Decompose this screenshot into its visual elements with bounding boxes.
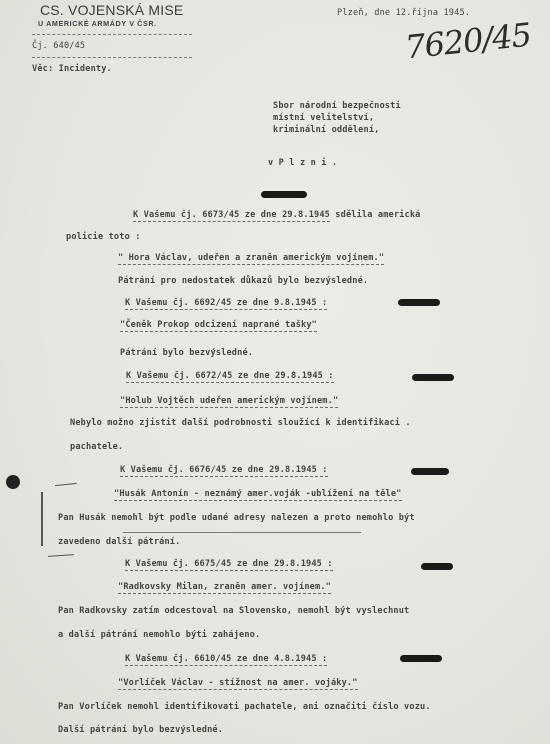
case-ref: K Vašemu čj. 6692/45 ze dne 9.8.1945 :	[125, 298, 327, 310]
case-ref: K Vašemu čj. 6672/45 ze dne 29.8.1945 :	[126, 371, 334, 383]
margin-bracket-line	[41, 492, 43, 546]
case-result: Nebylo možno zjistit další podrobnosti s…	[70, 418, 411, 428]
recipient-line: místní velitelství,	[273, 113, 374, 123]
intro-rest: sdělila americká	[330, 210, 421, 220]
redaction	[421, 563, 453, 570]
case-ref: K Vašemu čj. 6675/45 ze dne 29.8.1945 :	[125, 559, 333, 571]
redaction	[398, 299, 440, 306]
redaction	[412, 374, 454, 381]
case-ref: K Vašemu čj. 6610/45 ze dne 4.8.1945 :	[125, 654, 327, 666]
recipient-city: v P l z n i .	[268, 158, 337, 168]
punch-hole	[6, 475, 20, 489]
case-title: "Husák Antonín - neznámý amer.voják -ubl…	[114, 489, 402, 501]
case-result: a další pátrání nemohlo býti zahájeno.	[58, 630, 260, 640]
divider	[32, 57, 192, 58]
case-title: "Radkovsky Milan, zraněn amer. vojínem."	[118, 582, 331, 594]
case-result: Další pátrání bylo bezvýsledné.	[58, 725, 223, 735]
case-title: " Hora Václav, udeřen a zraněn americkým…	[118, 253, 384, 265]
redaction	[411, 468, 449, 475]
subject-line: Věc: Incidenty.	[32, 64, 112, 74]
case-result: Pan Vorlíček nemohl identifikovati pacha…	[58, 702, 431, 712]
intro-line-2: policie toto :	[66, 232, 141, 242]
pencil-underline	[123, 532, 361, 533]
divider	[32, 34, 192, 35]
redaction	[261, 191, 307, 198]
case-result: zavedeno další pátrání.	[58, 537, 180, 547]
redaction	[400, 655, 442, 662]
intro-line: K Vašemu čj. 6673/45 ze dne 29.8.1945 sd…	[133, 210, 421, 220]
case-result: pachatele.	[70, 442, 123, 452]
letterhead-org: CS. VOJENSKÁ MISE	[40, 2, 183, 18]
case-title: "Vorlíček Václav - stížnost na amer. voj…	[118, 678, 358, 690]
case-result: Pátrání bylo bezvýsledné.	[120, 348, 253, 358]
intro-ref: K Vašemu čj. 6673/45 ze dne 29.8.1945	[133, 210, 330, 222]
case-ref: K Vašemu čj. 6676/45 ze dne 29.8.1945 :	[120, 465, 328, 477]
reference-number: Čj. 640/45	[32, 41, 85, 51]
case-result: Pan Radkovsky zatím odcestoval na Sloven…	[58, 606, 409, 616]
recipient-line: kriminální oddělení,	[273, 125, 379, 135]
letterhead-sub: U AMERICKÉ ARMÁDY V ČSR.	[38, 19, 157, 28]
case-title: "Holub Vojtěch udeřen americkým vojínem.…	[120, 396, 338, 408]
case-title: "Čeněk Prokop odcizení naprané tašky"	[120, 320, 317, 332]
recipient-line: Sbor národní bezpečnosti	[273, 101, 401, 111]
case-result: Pan Husák nemohl být podle udané adresy …	[58, 513, 415, 523]
place-date: Plzeň, dne 12.října 1945.	[337, 8, 470, 18]
case-result: Pátrání pro nedostatek důkazů bylo bezvý…	[118, 276, 368, 286]
